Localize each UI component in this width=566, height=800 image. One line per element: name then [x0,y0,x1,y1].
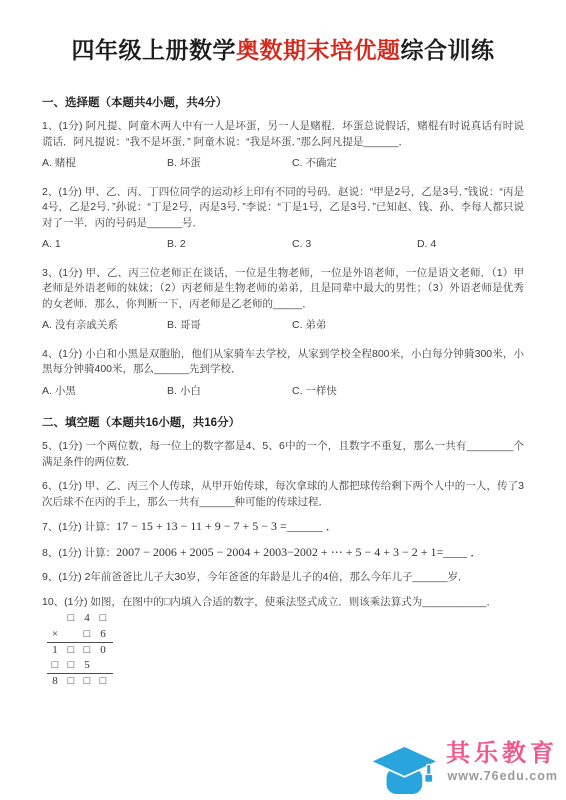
mult-cell-box: □ [79,674,95,689]
title-prefix: 四年级上册数学 [72,37,237,63]
option-b: B. 2 [167,237,292,253]
question-7-label: 7、(1分) 计算： [42,521,116,533]
question-10: 10、(1分) 如图，在图中的□内填入合适的数字，使乘法竖式成立．则该乘法算式为… [42,595,524,611]
option-a: A. 没有亲戚关系 [42,318,167,334]
mult-cell: 8 [47,674,63,689]
question-5: 5、(1分) 一个两位数，每一位上的数字都是4、5、6中的一个，且数字不重复，那… [42,439,524,470]
mult-cell-box: □ [95,611,111,626]
question-5-text: 5、(1分) 一个两位数，每一位上的数字都是4、5、6中的一个，且数字不重复，那… [42,439,524,470]
multiplication-diagram: □ 4 □ × □ 6 1 □ □ 0 □ □ 5 8 □ □ □ [47,611,113,689]
question-10-text: 10、(1分) 如图，在图中的□内填入合适的数字，使乘法竖式成立．则该乘法算式为… [42,595,524,611]
mult-row-multiplier: × □ 6 [47,627,113,643]
question-1-text: 1、(1分) 阿凡提、阿童木两人中有一人是坏蛋，另一人是赌棍．坏蛋总说假话，赌棍… [42,119,524,150]
footer-logo: 其乐教育 www.76edu.com [368,740,558,798]
option-c: C. 3 [292,237,417,253]
multiply-sign: × [47,627,63,642]
option-a: A. 1 [42,237,167,253]
question-8-text: 8、(1分) 计算：2007 − 2006 + 2005 − 2004 + 20… [42,545,524,562]
page-title: 四年级上册数学奥数期末培优题综合训练 [42,34,524,66]
mult-cell-box: □ [63,658,79,673]
mult-cell-box: □ [47,658,63,673]
question-2-text: 2、(1分) 甲、乙、丙、丁四位同学的运动衫上印有不同的号码．赵说：“甲是2号，… [42,185,524,232]
question-7-text: 7、(1分) 计算：17 − 15 + 13 − 11 + 9 − 7 + 5 … [42,519,524,536]
graduation-cap-icon [368,742,442,798]
title-suffix: 综合训练 [401,37,495,63]
question-7: 7、(1分) 计算：17 − 15 + 13 − 11 + 9 − 7 + 5 … [42,519,524,536]
footer-text: 其乐教育 www.76edu.com [446,740,558,784]
question-3-text: 3、(1分) 甲、乙、丙三位老师正在谈话，一位是生物老师，一位是外语老师，一位是… [42,266,524,313]
question-8: 8、(1分) 计算：2007 − 2006 + 2005 − 2004 + 20… [42,545,524,562]
mult-cell: 5 [79,658,95,673]
mult-cell-box: □ [63,611,79,626]
option-b: B. 哥哥 [167,318,292,334]
mult-cell: 0 [95,643,111,658]
question-4-options: A. 小黑 B. 小白 C. 一样快 [42,384,524,400]
option-d: D. 4 [417,237,436,253]
question-1-options: A. 赌棍 B. 坏蛋 C. 不确定 [42,156,524,172]
question-9: 9、(1分) 2年前爸爸比儿子大30岁，今年爸爸的年龄是儿子的4倍，那么今年儿子… [42,570,524,586]
mult-row-product: 8 □ □ □ [47,673,113,689]
mult-cell-box: □ [79,627,95,642]
question-6-text: 6、(1分) 甲、乙、丙三个人传球，从甲开始传球，每次拿球的人都把球传给剩下两个… [42,479,524,510]
mult-cell: 4 [79,611,95,626]
question-8-label: 8、(1分) 计算： [42,547,116,559]
mult-cell-box: □ [63,674,79,689]
question-9-text: 9、(1分) 2年前爸爸比儿子大30岁，今年爸爸的年龄是儿子的4倍，那么今年儿子… [42,570,524,586]
question-7-expression: 17 − 15 + 13 − 11 + 9 − 7 + 5 − 3 =_____… [116,519,338,533]
section-1-heading: 一、选择题（本题共4小题，共4分） [42,96,524,110]
question-6: 6、(1分) 甲、乙、丙三个人传球，从甲开始传球，每次拿球的人都把球传给剩下两个… [42,479,524,510]
option-c: C. 一样快 [292,384,337,400]
question-4: 4、(1分) 小白和小黑是双胞胎，他们从家骑车去学校，从家到学校全程800米，小… [42,347,524,400]
option-c: C. 弟弟 [292,318,326,334]
worksheet-page: 四年级上册数学奥数期末培优题综合训练 一、选择题（本题共4小题，共4分） 1、(… [0,0,566,800]
mult-cell-box: □ [95,674,111,689]
question-8-expression: 2007 − 2006 + 2005 − 2004 + 2003−2002 + … [116,545,482,559]
brand-name: 其乐教育 [446,740,558,768]
question-3: 3、(1分) 甲、乙、丙三位老师正在谈话，一位是生物老师，一位是外语老师，一位是… [42,266,524,334]
question-4-text: 4、(1分) 小白和小黑是双胞胎，他们从家骑车去学校，从家到学校全程800米，小… [42,347,524,378]
mult-row-multiplicand: □ 4 □ [47,611,113,627]
option-a: A. 小黑 [42,384,167,400]
mult-row-partial-1: 1 □ □ 0 [47,642,113,658]
mult-cell: 6 [95,627,111,642]
option-b: B. 坏蛋 [167,156,292,172]
mult-cell-box: □ [79,643,95,658]
question-1: 1、(1分) 阿凡提、阿童木两人中有一人是坏蛋，另一人是赌棍．坏蛋总说假话，赌棍… [42,119,524,172]
question-3-options: A. 没有亲戚关系 B. 哥哥 C. 弟弟 [42,318,524,334]
mult-cell-box: □ [63,643,79,658]
question-2-options: A. 1 B. 2 C. 3 D. 4 [42,237,524,253]
mult-cell: 1 [47,643,63,658]
option-c: C. 不确定 [292,156,337,172]
option-b: B. 小白 [167,384,292,400]
brand-url: www.76edu.com [448,769,558,784]
question-2: 2、(1分) 甲、乙、丙、丁四位同学的运动衫上印有不同的号码．赵说：“甲是2号，… [42,185,524,253]
title-highlight: 奥数期末培优题 [236,37,401,63]
option-a: A. 赌棍 [42,156,167,172]
mult-row-partial-2: □ □ 5 [47,658,113,674]
section-2-heading: 二、填空题（本题共16小题，共16分） [42,416,524,430]
